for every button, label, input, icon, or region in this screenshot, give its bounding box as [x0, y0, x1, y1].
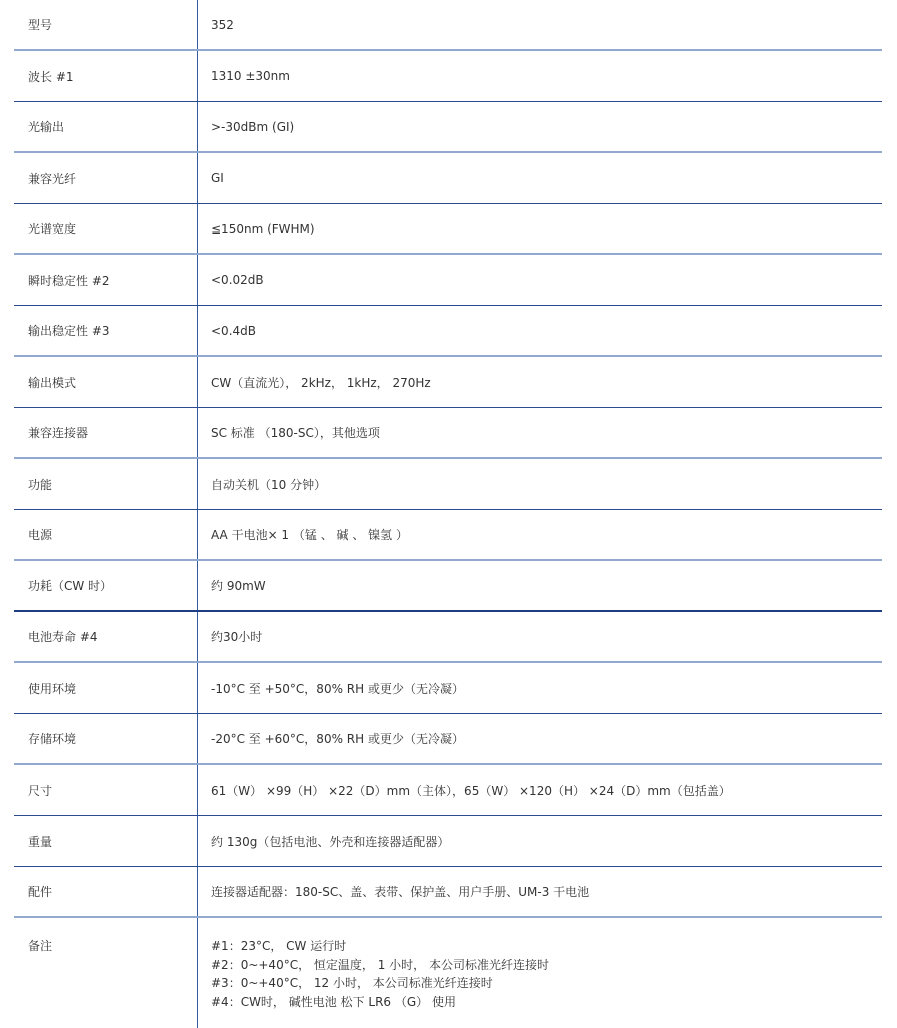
- spec-value: 61（W） ×99（H） ×22（D）mm（主体），65（W） ×120（H） …: [198, 765, 882, 815]
- spec-label: 电池寿命 #4: [14, 612, 198, 661]
- spec-row-connector: 兼容连接器SC 标准 （180-SC），其他选项: [14, 408, 882, 459]
- spec-label: 光输出: [14, 102, 198, 151]
- spec-label: 重量: [14, 816, 198, 866]
- note-line: #1：23°C， CW 运行时: [211, 937, 346, 956]
- spec-value: CW（直流光）， 2kHz， 1kHz， 270Hz: [198, 357, 882, 407]
- spec-row-storage-env: 存储环境-20°C 至 +60°C，80% RH 或更少（无冷凝）: [14, 714, 882, 765]
- spec-row-output-stability: 输出稳定性 #3<0.4dB: [14, 306, 882, 357]
- spec-value: 352: [198, 0, 882, 49]
- spec-label: 瞬时稳定性 #2: [14, 255, 198, 305]
- spec-label: 波长 #1: [14, 51, 198, 101]
- spec-row-notes: 备注 #1：23°C， CW 运行时 #2：0~+40°C， 恒定温度， 1 小…: [14, 918, 882, 1024]
- spec-value: -20°C 至 +60°C，80% RH 或更少（无冷凝）: [198, 714, 882, 763]
- spec-label: 兼容连接器: [14, 408, 198, 457]
- spec-value: 约 90mW: [198, 561, 882, 610]
- spec-row-model: 型号352: [14, 0, 882, 51]
- spec-row-optical-output: 光输出>-30dBm (GI): [14, 102, 882, 153]
- spec-row-wavelength: 波长 #11310 ±30nm: [14, 51, 882, 102]
- spec-label: 功能: [14, 459, 198, 509]
- spec-row-function: 功能自动关机（10 分钟）: [14, 459, 882, 510]
- spec-label: 电源: [14, 510, 198, 559]
- spec-value: 自动关机（10 分钟）: [198, 459, 882, 509]
- spec-row-spectral-width: 光谱宽度≦150nm (FWHM): [14, 204, 882, 255]
- spec-value: >-30dBm (GI): [198, 102, 882, 151]
- spec-label: 型号: [14, 0, 198, 49]
- spec-label: 光谱宽度: [14, 204, 198, 253]
- spec-value: SC 标准 （180-SC），其他选项: [198, 408, 882, 457]
- spec-value: 连接器适配器：180-SC、盖、表带、保护盖、用户手册、UM-3 干电池: [198, 867, 882, 916]
- spec-value: 1310 ±30nm: [198, 51, 882, 101]
- spec-value: ≦150nm (FWHM): [198, 204, 882, 253]
- spec-value: 约30小时: [198, 612, 882, 661]
- spec-label: 功耗（CW 时）: [14, 561, 198, 610]
- spec-label: 备注: [14, 918, 198, 1024]
- spec-value: AA 干电池× 1 （锰 、 碱 、 镍氢 ）: [198, 510, 882, 559]
- spec-label: 配件: [14, 867, 198, 916]
- spec-label: 尺寸: [14, 765, 198, 815]
- note-line: #3：0~+40°C， 12 小时， 本公司标准光纤连接时: [211, 974, 493, 993]
- spec-row-power-source: 电源AA 干电池× 1 （锰 、 碱 、 镍氢 ）: [14, 510, 882, 561]
- spec-row-battery-life: 电池寿命 #4约30小时: [14, 612, 882, 663]
- spec-value: -10°C 至 +50°C，80% RH 或更少（无冷凝）: [198, 663, 882, 713]
- spec-value: <0.02dB: [198, 255, 882, 305]
- spec-row-accessories: 配件连接器适配器：180-SC、盖、表带、保护盖、用户手册、UM-3 干电池: [14, 867, 882, 918]
- spec-row-power-consumption: 功耗（CW 时）约 90mW: [14, 561, 882, 612]
- note-line: #2：0~+40°C， 恒定温度， 1 小时， 本公司标准光纤连接时: [211, 956, 549, 975]
- spec-row-weight: 重量约 130g（包括电池、外壳和连接器适配器）: [14, 816, 882, 867]
- spec-value: 约 130g（包括电池、外壳和连接器适配器）: [198, 816, 882, 866]
- note-line: #4：CW时， 碱性电池 松下 LR6 （G） 使用: [211, 993, 456, 1012]
- spec-value: GI: [198, 153, 882, 203]
- spec-label: 输出稳定性 #3: [14, 306, 198, 355]
- spec-row-short-term-stability: 瞬时稳定性 #2<0.02dB: [14, 255, 882, 306]
- notes-list: #1：23°C， CW 运行时 #2：0~+40°C， 恒定温度， 1 小时， …: [198, 918, 882, 1024]
- spec-label: 使用环境: [14, 663, 198, 713]
- spec-row-dimensions: 尺寸61（W） ×99（H） ×22（D）mm（主体），65（W） ×120（H…: [14, 765, 882, 816]
- spec-row-output-mode: 输出模式CW（直流光）， 2kHz， 1kHz， 270Hz: [14, 357, 882, 408]
- spec-label: 存储环境: [14, 714, 198, 763]
- spec-label: 兼容光纤: [14, 153, 198, 203]
- spec-value: <0.4dB: [198, 306, 882, 355]
- spec-table: 型号352 波长 #11310 ±30nm 光输出>-30dBm (GI) 兼容…: [14, 0, 882, 1024]
- spec-label: 输出模式: [14, 357, 198, 407]
- spec-row-operating-env: 使用环境-10°C 至 +50°C，80% RH 或更少（无冷凝）: [14, 663, 882, 714]
- spec-row-compatible-fiber: 兼容光纤GI: [14, 153, 882, 204]
